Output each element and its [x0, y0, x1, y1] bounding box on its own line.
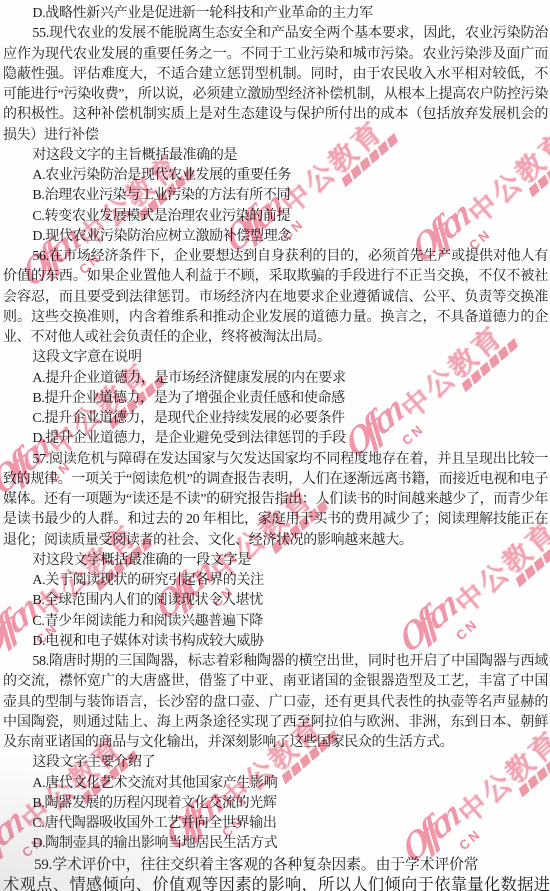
answer-option: D.现代农业污染防治应树立激励补偿型理念	[3, 227, 548, 247]
answer-option: A.农业污染防治是现代农业发展的重要任务	[3, 166, 548, 186]
answer-option: B.提升企业道德力，是为了增强企业责任感和使命感	[3, 389, 548, 409]
scanned-exam-page: D.战略性新兴产业是促进新一轮科技和产业革命的主力军55.现代农业的发展不能脱离…	[0, 0, 550, 891]
answer-option: C.转变农业发展模式是治理农业污染的前提	[3, 207, 548, 227]
question-prompt: 对这段文字的主旨概括最准确的是	[3, 146, 548, 166]
truncated-continuation-line: 术观点、情感倾向、价值观等因素的影响，所以人们倾向于依靠量化数据进行	[3, 875, 548, 891]
answer-option: C.青少年阅读能力和阅读兴趣普遍下降	[3, 612, 548, 632]
answer-option: B.全球范围内人们的阅读现状令人堪忧	[3, 591, 548, 611]
answer-option: D.提升企业道德力，是企业避免受到法律惩罚的手段	[3, 429, 548, 449]
answer-option: D.陶制壶具的输出影响当地居民生活方式	[3, 834, 548, 854]
question-prompt: 这段文字意在说明	[3, 348, 548, 368]
truncated-question-line: 59.学术评价中，往往交织着主客观的各种复杂因素。由于学术评价常	[3, 855, 548, 875]
question-paragraph: 56.在市场经济条件下，企业要想达到自身获利的目的，必须首先生产或提供对他人有价…	[3, 247, 548, 348]
answer-option: B.陶器发展的历程闪现着文化交流的光辉	[3, 794, 548, 814]
answer-option: A.关于阅读现状的研究引起各界的关注	[3, 571, 548, 591]
question-prompt: 对这段文字概括最准确的一段文字是	[3, 551, 548, 571]
answer-option: D.电视和电子媒体对读书构成较大威胁	[3, 632, 548, 652]
answer-option: D.战略性新兴产业是促进新一轮科技和产业革命的主力军	[3, 4, 548, 24]
answer-option: C.唐代陶器吸收国外工艺并向全世界输出	[3, 814, 548, 834]
question-paragraph: 57.阅读危机与障碍在发达国家与欠发达国家均不同程度地存在着，并且呈现出比较一致…	[3, 450, 548, 551]
document-text: D.战略性新兴产业是促进新一轮科技和产业革命的主力军55.现代农业的发展不能脱离…	[0, 0, 550, 891]
answer-option: A.唐代文化艺术交流对其他国家产生影响	[3, 774, 548, 794]
question-paragraph: 55.现代农业的发展不能脱离生态安全和产品安全两个基本要求，因此，农业污染防治应…	[3, 24, 548, 146]
answer-option: C.提升企业道德力，是现代企业持续发展的必要条件	[3, 409, 548, 429]
answer-option: A.提升企业道德力，是市场经济健康发展的内在要求	[3, 369, 548, 389]
answer-option: B.治理农业污染与工业污染的方法有所不同	[3, 186, 548, 206]
question-prompt: 这段文字主要介绍了	[3, 753, 548, 773]
question-paragraph: 58.隋唐时期的三国陶器，标志着彩釉陶器的横空出世，同时也开启了中国陶器与西域的…	[3, 652, 548, 753]
